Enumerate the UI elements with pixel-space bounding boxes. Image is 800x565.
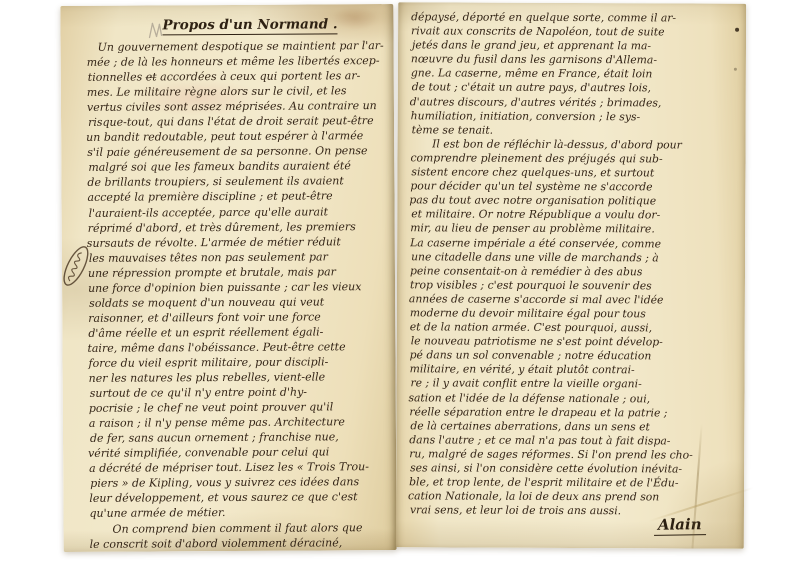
text-line: mir, au lieu de penser au problème milit…: [410, 222, 740, 238]
text-line: Il est bon de réfléchir là-dessus, d'abo…: [411, 137, 741, 153]
right-page-text: dépaysé, déporté en quelque sorte, comme…: [409, 10, 741, 519]
text-line: La caserne impériale a été conservée, co…: [410, 236, 740, 252]
corner-stain: [332, 6, 378, 30]
text-line: et militaire. Or notre République a voul…: [411, 208, 740, 224]
text-line: dépaysé, déporté en quelque sorte, comme…: [411, 10, 741, 26]
text-line: cation Nationale, la loi de deux ans pre…: [408, 489, 739, 505]
text-line: sation et l'idée de la défense nationale…: [408, 391, 739, 407]
text-line: années de caserne s'accorde si mal avec …: [409, 292, 740, 308]
text-line: et de la nation armée. C'est pourquoi, a…: [410, 320, 740, 336]
scan-background: { "document": { "title": "Propos d'un No…: [0, 0, 800, 565]
ink-spot: [735, 28, 739, 32]
text-line: réprimé d'abord, et très dûrement, les p…: [88, 219, 390, 236]
text-line: ble, et trop lente, de l'esprit militair…: [409, 475, 739, 491]
text-line: pé dans un sol convenable ; notre éducat…: [410, 349, 740, 365]
text-line: une citadelle dans une ville de marchand…: [411, 250, 740, 266]
ink-spot: [734, 68, 737, 71]
text-line: jetés dans le grand jeu, et apprenant la…: [412, 38, 741, 54]
text-line: le nouveau patriotisme ne s'est point dé…: [411, 334, 740, 350]
text-line: leur développement, et vous saurez ce qu…: [89, 489, 391, 506]
text-line: rivait aux conscrits de Napoléon, tout d…: [411, 24, 741, 40]
manuscript-page-right: dépaysé, déporté en quelque sorte, comme…: [396, 2, 746, 549]
text-line: de là certaines aberrations, dans un sen…: [410, 419, 739, 435]
text-line: une force d'opinion bien puissante ; car…: [88, 279, 390, 296]
text-line: malgré soi que les fameux bandits auraie…: [88, 158, 389, 175]
author-signature: Alain: [654, 515, 706, 536]
text-line: le conscrit soit d'abord violemment déra…: [90, 535, 392, 552]
text-line: comprendre pleinement des préjugés qui s…: [410, 151, 740, 167]
manuscript-title: Propos d'un Normand .: [162, 16, 337, 35]
text-line: On comprend bien comment il faut alors q…: [90, 520, 391, 537]
text-line: ru, malgré de sages réformes. Si l'on pr…: [409, 447, 739, 463]
text-line: sistent encore chez quelques-uns, et sur…: [411, 165, 740, 181]
text-line: peine consentait-on à remédier à des abu…: [410, 264, 740, 280]
text-line: dans l'autre ; et ce mal n'a pas tout à …: [409, 433, 739, 449]
manuscript-page-left: Propos d'un Normand . Un gouvernement de…: [60, 4, 396, 552]
text-line: ses ainsi, si l'on considère cette évolu…: [410, 461, 739, 477]
text-line: tème se tenait.: [412, 123, 741, 139]
text-line: de tout ; c'était un autre pays, d'autre…: [412, 81, 741, 97]
text-line: d'autres discours, d'autres vérités ; br…: [410, 95, 741, 111]
text-line: pour décider qu'un tel système ne s'acco…: [410, 179, 740, 195]
text-line: taire, même dans l'obéissance. Peut-être…: [87, 339, 390, 356]
text-line: humiliation, initiation, conversion ; le…: [411, 109, 741, 125]
text-line: moderne du devoir militaire égal pour to…: [410, 306, 740, 322]
text-line: gne. La caserne, même en France, était l…: [411, 67, 741, 83]
text-line: pas du tout avec notre organisation poli…: [409, 194, 740, 210]
text-line: trop visibles ; c'est pourquoi le souven…: [410, 278, 740, 294]
text-line: réelle séparation entre le drapeau et la…: [409, 405, 739, 421]
left-page-text: Un gouvernement despotique se maintient …: [87, 38, 392, 551]
text-line: militaire, en vérité, y était plutôt con…: [410, 363, 740, 379]
text-line: re ; il y avait conflit entre la vieille…: [410, 377, 739, 393]
text-line: nœuvre du fusil dans les garnisons d'All…: [411, 53, 741, 69]
